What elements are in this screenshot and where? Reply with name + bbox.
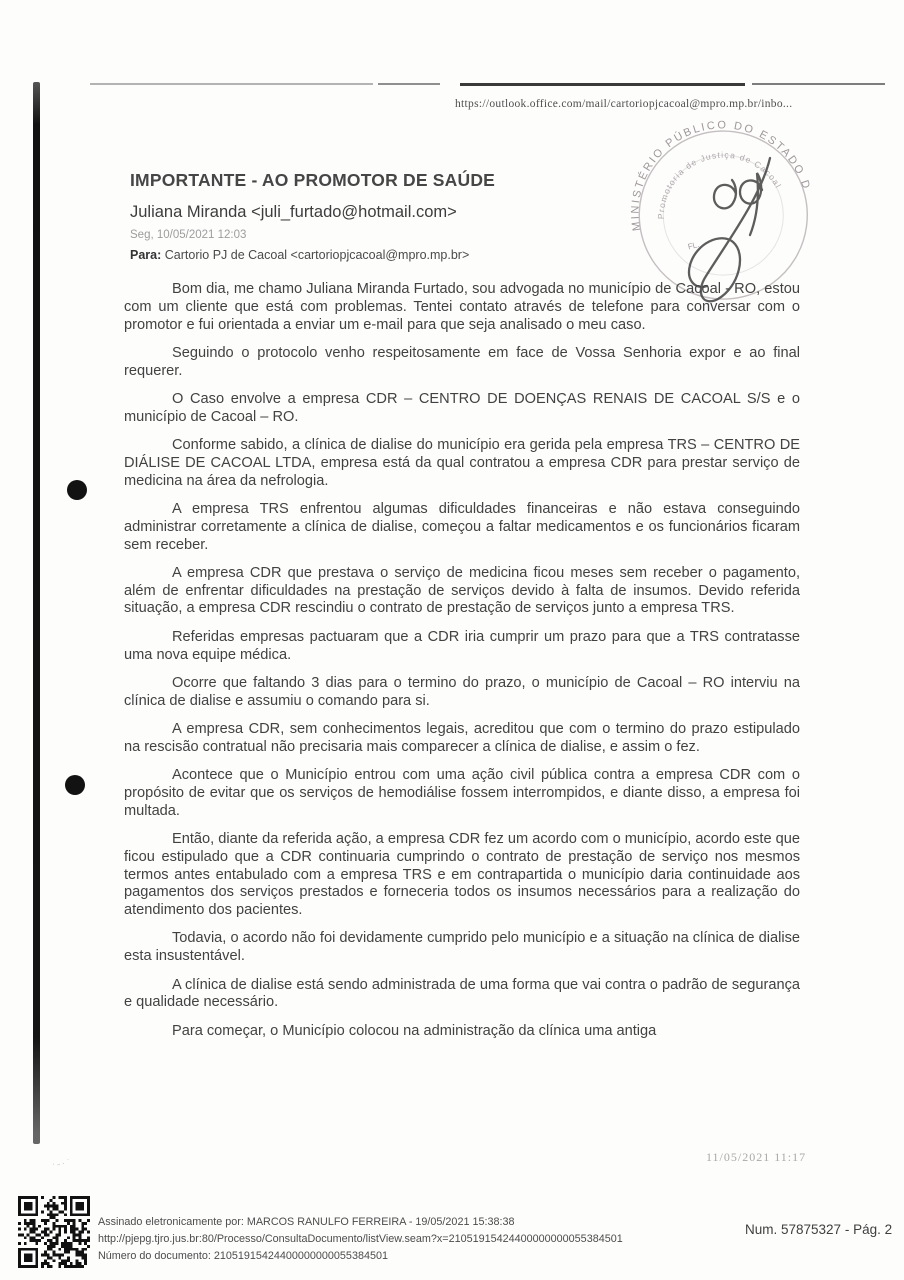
scan-line-artifact xyxy=(378,83,440,85)
scan-edge-bar xyxy=(33,82,40,1144)
document-page-reference: Num. 57875327 - Pág. 2 xyxy=(745,1222,892,1237)
body-paragraph: Acontece que o Município entrou com uma … xyxy=(124,767,800,820)
email-to-line: Para: Cartorio PJ de Cacoal <cartoriopjc… xyxy=(130,248,469,262)
email-to-value: Cartorio PJ de Cacoal <cartoriopjcacoal@… xyxy=(165,248,470,262)
hole-punch-mark xyxy=(67,480,87,500)
body-paragraph: A empresa CDR, sem conhecimentos legais,… xyxy=(124,721,800,757)
email-body: Bom dia, me chamo Juliana Miranda Furtad… xyxy=(124,281,800,1051)
body-paragraph: Bom dia, me chamo Juliana Miranda Furtad… xyxy=(124,281,800,334)
body-paragraph: A clínica de dialise está sendo administ… xyxy=(124,977,800,1013)
email-date: Seg, 10/05/2021 12:03 xyxy=(130,229,246,241)
body-paragraph: Todavia, o acordo não foi devidamente cu… xyxy=(124,930,800,966)
scan-timestamp: 11/05/2021 11:17 xyxy=(706,1150,806,1165)
printed-mail-url: https://outlook.office.com/mail/cartorio… xyxy=(455,98,835,110)
signed-by-line: Assinado eletronicamente por: MARCOS RAN… xyxy=(98,1214,623,1231)
email-subject-title: IMPORTANTE - AO PROMOTOR DE SAÚDE xyxy=(130,170,495,191)
scan-line-artifact xyxy=(90,83,373,85)
svg-text:MINISTÉRIO PÚBLICO DO ESTADO D: MINISTÉRIO PÚBLICO DO ESTADO DE RONDÔNIA xyxy=(618,120,813,239)
document-number-line: Número do documento: 2105191542440000000… xyxy=(98,1248,623,1265)
qr-code xyxy=(18,1196,90,1268)
signature-footer: Assinado eletronicamente por: MARCOS RAN… xyxy=(98,1214,623,1265)
body-paragraph: Seguindo o protocolo venho respeitosamen… xyxy=(124,345,800,381)
body-paragraph: A empresa CDR que prestava o serviço de … xyxy=(124,565,800,618)
scanned-document-page: ·˗·˙ https://outlook.office.com/mail/car… xyxy=(0,0,904,1280)
body-paragraph: Para começar, o Município colocou na adm… xyxy=(124,1023,800,1041)
body-paragraph: Então, diante da referida ação, a empres… xyxy=(124,831,800,920)
handwritten-signature xyxy=(689,158,770,301)
email-to-label: Para: xyxy=(130,248,161,262)
body-paragraph: O Caso envolve a empresa CDR – CENTRO DE… xyxy=(124,391,800,427)
body-paragraph: A empresa TRS enfrentou algumas dificuld… xyxy=(124,501,800,554)
scan-line-artifact xyxy=(752,83,885,85)
stamp-outer-text: MINISTÉRIO PÚBLICO DO ESTADO DE RONDÔNIA xyxy=(618,120,813,239)
email-from: Juliana Miranda <juli_furtado@hotmail.co… xyxy=(130,203,457,222)
verification-url-line: http://pjepg.tjro.jus.br:80/Processo/Con… xyxy=(98,1231,623,1248)
body-paragraph: Conforme sabido, a clínica de dialise do… xyxy=(124,437,800,490)
scan-artifact-mark: ·˗·˙ xyxy=(52,1157,73,1168)
body-paragraph: Referidas empresas pactuaram que a CDR i… xyxy=(124,629,800,665)
hole-punch-mark xyxy=(65,775,85,795)
scan-line-artifact xyxy=(460,83,745,86)
body-paragraph: Ocorre que faltando 3 dias para o termin… xyxy=(124,675,800,711)
